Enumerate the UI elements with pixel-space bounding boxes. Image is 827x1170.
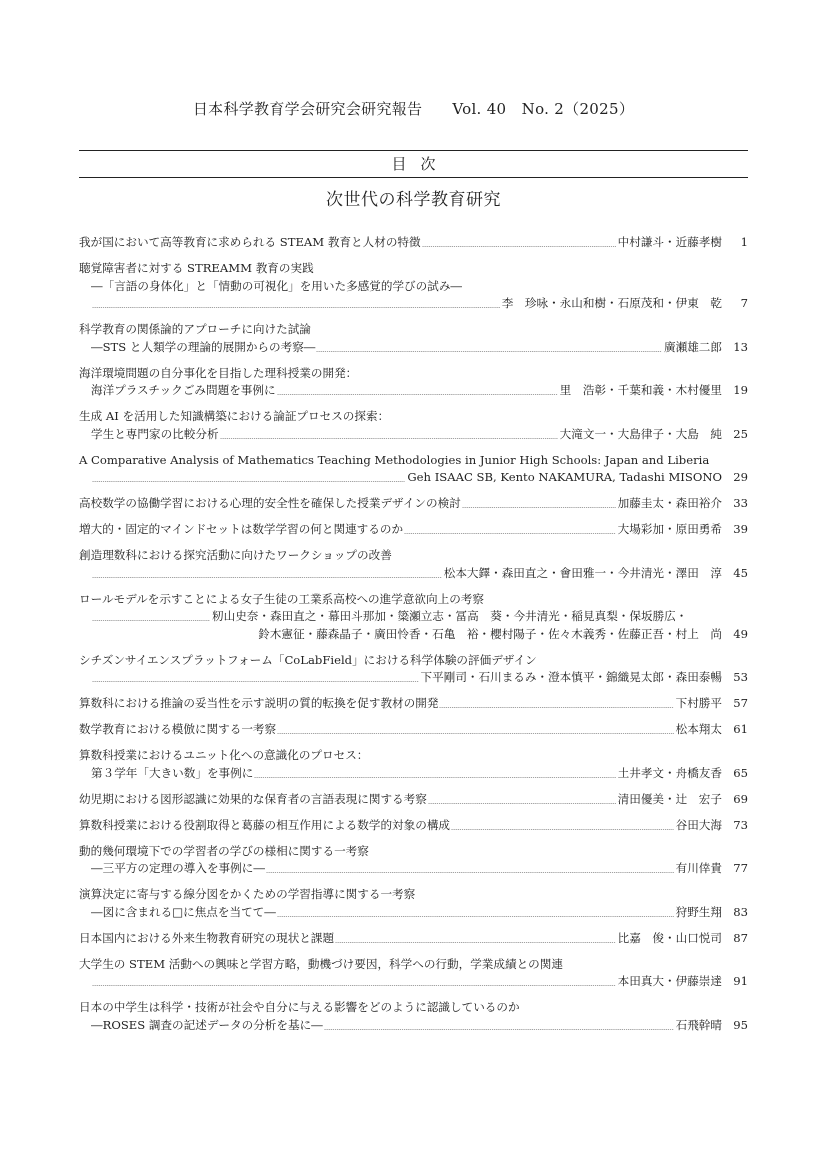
toc-line: 李 珍咏・永山和樹・石原茂和・伊東 乾7 bbox=[79, 295, 748, 313]
toc-line: 日本国内における外来生物教育研究の現状と課題比嘉 俊・山口悦司87 bbox=[79, 930, 748, 948]
toc-line: 鈴木憲征・藤森晶子・廣田怜香・石亀 裕・櫻村陽子・佐々木義秀・佐藤正吾・村上 尚… bbox=[79, 626, 748, 644]
dot-leader bbox=[277, 394, 558, 395]
toc-entry[interactable]: 日本の中学生は科学・技術が社会や自分に与える影響をどのように認識しているのか―R… bbox=[79, 999, 748, 1034]
page-number[interactable]: 95 bbox=[722, 1017, 748, 1035]
article-subtitle[interactable]: ―「言語の身体化」と「情動の可視化」を用いた多感覚的学びの試み― bbox=[91, 278, 462, 296]
dot-leader bbox=[428, 803, 616, 804]
toc-line: 日本の中学生は科学・技術が社会や自分に与える影響をどのように認識しているのか bbox=[79, 999, 748, 1017]
toc-entry[interactable]: 動的幾何環境下での学習者の学びの様相に関する一考察―三平方の定理の導入を事例に―… bbox=[79, 843, 748, 878]
page-number[interactable]: 91 bbox=[722, 973, 748, 991]
dot-leader bbox=[92, 577, 442, 578]
toc-line: 下平剛司・石川まるみ・澄本慎平・錦織晃太郎・森田泰暢53 bbox=[79, 669, 748, 687]
dot-leader bbox=[422, 246, 616, 247]
toc-line: 幼児期における図形認識に効果的な保育者の言語表現に関する考察清田優美・辻 宏子6… bbox=[79, 791, 748, 809]
article-title[interactable]: 動的幾何環境下での学習者の学びの様相に関する一考察 bbox=[79, 843, 369, 861]
article-authors: 下平剛司・石川まるみ・澄本慎平・錦織晃太郎・森田泰暢 bbox=[421, 669, 722, 687]
toc-entry[interactable]: 生成 AI を活用した知識構築における論証プロセスの探索：学生と専門家の比較分析… bbox=[79, 408, 748, 443]
article-authors: 大場彩加・原田勇希 bbox=[618, 521, 722, 539]
article-title[interactable]: 日本国内における外来生物教育研究の現状と課題 bbox=[79, 930, 334, 948]
page-number[interactable]: 77 bbox=[722, 860, 748, 878]
article-title[interactable]: 科学教育の関係論的アプローチに向けた試論 bbox=[79, 321, 311, 339]
article-title[interactable]: 我が国において高等教育に求められる STEAM 教育と人材の特徴 bbox=[79, 234, 421, 252]
dot-leader bbox=[92, 307, 500, 308]
toc-line: 増大的・固定的マインドセットは数学学習の何と関連するのか大場彩加・原田勇希39 bbox=[79, 521, 748, 539]
article-title[interactable]: 算数科における推論の妥当性を示す説明の質的転換を促す教材の開発 bbox=[79, 695, 438, 713]
toc-line: 学生と専門家の比較分析大滝文一・大島律子・大島 純25 bbox=[79, 426, 748, 444]
toc-entry[interactable]: 高校数学の協働学習における心理的安全性を確保した授業デザインの検討加藤圭太・森田… bbox=[79, 495, 748, 513]
article-title[interactable]: ロールモデルを示すことによる女子生徒の工業系高校への進学意欲向上の考察 bbox=[79, 591, 484, 609]
page-number[interactable]: 83 bbox=[722, 904, 748, 922]
article-title[interactable]: 数学教育における模倣に関する一考察 bbox=[79, 721, 276, 739]
article-subtitle[interactable]: 海洋プラスチックごみ問題を事例に bbox=[91, 382, 276, 400]
table-of-contents: 我が国において高等教育に求められる STEAM 教育と人材の特徴中村謙斗・近藤孝… bbox=[79, 234, 748, 1043]
article-title[interactable]: 生成 AI を活用した知識構築における論証プロセスの探索： bbox=[79, 408, 389, 426]
article-title[interactable]: 聴覚障害者に対する STREAMM 教育の実践 bbox=[79, 260, 314, 278]
dot-leader bbox=[220, 438, 558, 439]
page-number[interactable]: 61 bbox=[722, 721, 748, 739]
toc-entry[interactable]: 増大的・固定的マインドセットは数学学習の何と関連するのか大場彩加・原田勇希39 bbox=[79, 521, 748, 539]
article-authors: 比嘉 俊・山口悦司 bbox=[618, 930, 722, 948]
toc-entry[interactable]: 幼児期における図形認識に効果的な保育者の言語表現に関する考察清田優美・辻 宏子6… bbox=[79, 791, 748, 809]
article-title[interactable]: 幼児期における図形認識に効果的な保育者の言語表現に関する考察 bbox=[79, 791, 427, 809]
article-subtitle[interactable]: 第３学年「大きい数」を事例に bbox=[91, 765, 253, 783]
toc-line: 我が国において高等教育に求められる STEAM 教育と人材の特徴中村謙斗・近藤孝… bbox=[79, 234, 748, 252]
page-number[interactable]: 57 bbox=[722, 695, 748, 713]
dot-leader bbox=[92, 985, 616, 986]
toc-line: 大学生の STEM 活動への興味と学習方略，動機づけ要因，科学への行動，学業成績… bbox=[79, 956, 748, 974]
article-authors: 中村謙斗・近藤孝樹 bbox=[618, 234, 722, 252]
toc-line: 生成 AI を活用した知識構築における論証プロセスの探索： bbox=[79, 408, 748, 426]
page-number[interactable]: 29 bbox=[722, 469, 748, 487]
toc-entry[interactable]: 算数科授業における役割取得と葛藤の相互作用による数学的対象の構成谷田大海73 bbox=[79, 817, 748, 835]
article-authors: 本田真大・伊藤崇達 bbox=[618, 973, 722, 991]
toc-line: シチズンサイエンスプラットフォーム「CoLabField」における科学体験の評価… bbox=[79, 652, 748, 670]
article-title[interactable]: 海洋環境問題の自分事化を目指した理科授業の開発： bbox=[79, 365, 357, 383]
dot-leader bbox=[324, 1029, 674, 1030]
toc-entry[interactable]: 我が国において高等教育に求められる STEAM 教育と人材の特徴中村謙斗・近藤孝… bbox=[79, 234, 748, 252]
toc-line: 高校数学の協働学習における心理的安全性を確保した授業デザインの検討加藤圭太・森田… bbox=[79, 495, 748, 513]
article-authors: 里 浩彰・千葉和義・木村優里 bbox=[560, 382, 722, 400]
toc-line: 海洋プラスチックごみ問題を事例に里 浩彰・千葉和義・木村優里19 bbox=[79, 382, 748, 400]
toc-entry[interactable]: 算数科における推論の妥当性を示す説明の質的転換を促す教材の開発下村勝平57 bbox=[79, 695, 748, 713]
article-title[interactable]: 日本の中学生は科学・技術が社会や自分に与える影響をどのように認識しているのか bbox=[79, 999, 520, 1017]
toc-heading: 目次 bbox=[79, 153, 748, 174]
page-number[interactable]: 73 bbox=[722, 817, 748, 835]
article-authors: 有川倖貴 bbox=[676, 860, 722, 878]
article-authors: 大滝文一・大島律子・大島 純 bbox=[560, 426, 722, 444]
article-subtitle[interactable]: ―STS と人類学の理論的展開からの考察― bbox=[91, 339, 315, 357]
article-authors: 廣瀬雄二郎 bbox=[664, 339, 722, 357]
toc-line: 演算決定に寄与する線分図をかくための学習指導に関する一考察 bbox=[79, 886, 748, 904]
toc-entry[interactable]: 海洋環境問題の自分事化を目指した理科授業の開発：海洋プラスチックごみ問題を事例に… bbox=[79, 365, 748, 400]
article-authors: 松本翔太 bbox=[676, 721, 722, 739]
toc-line: A Comparative Analysis of Mathematics Te… bbox=[79, 452, 748, 470]
toc-entry[interactable]: 数学教育における模倣に関する一考察松本翔太61 bbox=[79, 721, 748, 739]
toc-line: 第３学年「大きい数」を事例に土井孝文・舟橋友香65 bbox=[79, 765, 748, 783]
journal-name: 日本科学教育学会研究会研究報告 bbox=[193, 100, 423, 118]
article-title[interactable]: 創造理数科における探究活動に向けたワークショップの改善 bbox=[79, 547, 392, 565]
article-title[interactable]: 算数科授業における役割取得と葛藤の相互作用による数学的対象の構成 bbox=[79, 817, 450, 835]
dot-leader bbox=[92, 481, 405, 482]
toc-line: 創造理数科における探究活動に向けたワークショップの改善 bbox=[79, 547, 748, 565]
article-title[interactable]: 大学生の STEM 活動への興味と学習方略，動機づけ要因，科学への行動，学業成績… bbox=[79, 956, 563, 974]
top-rule bbox=[79, 150, 748, 151]
dot-leader bbox=[254, 777, 615, 778]
article-authors: 下村勝平 bbox=[676, 695, 722, 713]
article-title[interactable]: シチズンサイエンスプラットフォーム「CoLabField」における科学体験の評価… bbox=[79, 652, 537, 670]
article-title[interactable]: 増大的・固定的マインドセットは数学学習の何と関連するのか bbox=[79, 521, 403, 539]
article-subtitle[interactable]: ―ROSES 調査の記述データの分析を基に― bbox=[91, 1017, 323, 1035]
article-title[interactable]: A Comparative Analysis of Mathematics Te… bbox=[79, 452, 709, 470]
toc-line: 数学教育における模倣に関する一考察松本翔太61 bbox=[79, 721, 748, 739]
dot-leader bbox=[451, 829, 674, 830]
article-authors: 清田優美・辻 宏子 bbox=[618, 791, 722, 809]
dot-leader bbox=[266, 872, 674, 873]
page-number[interactable]: 69 bbox=[722, 791, 748, 809]
dot-leader bbox=[92, 620, 210, 621]
dot-leader bbox=[277, 733, 674, 734]
dot-leader bbox=[277, 916, 674, 917]
toc-entry[interactable]: 大学生の STEM 活動への興味と学習方略，動機づけ要因，科学への行動，学業成績… bbox=[79, 956, 748, 991]
article-title[interactable]: 算数科授業におけるユニット化への意識化のプロセス： bbox=[79, 747, 368, 765]
dot-leader bbox=[92, 681, 419, 682]
page-number[interactable]: 1 bbox=[722, 234, 748, 252]
toc-line: 松本大鐸・森田直之・會田雅一・今井清光・澤田 淳45 bbox=[79, 565, 748, 583]
page-number[interactable]: 49 bbox=[722, 626, 748, 644]
journal-header: 日本科学教育学会研究会研究報告Vol. 40 No. 2（2025） bbox=[0, 98, 827, 119]
bottom-rule bbox=[79, 177, 748, 178]
article-authors: Geh ISAAC SB, Kento NAKAMURA, Tadashi MI… bbox=[407, 469, 722, 487]
article-title[interactable]: 高校数学の協働学習における心理的安全性を確保した授業デザインの検討 bbox=[79, 495, 461, 513]
toc-entry[interactable]: 創造理数科における探究活動に向けたワークショップの改善松本大鐸・森田直之・會田雅… bbox=[79, 547, 748, 582]
dot-leader bbox=[462, 507, 616, 508]
volume-issue: Vol. 40 No. 2（2025） bbox=[452, 100, 634, 118]
toc-line: 算数科授業におけるユニット化への意識化のプロセス： bbox=[79, 747, 748, 765]
article-authors: 石飛幹晴 bbox=[676, 1017, 722, 1035]
toc-line: ―三平方の定理の導入を事例に―有川倖貴77 bbox=[79, 860, 748, 878]
article-subtitle[interactable]: ―三平方の定理の導入を事例に― bbox=[91, 860, 265, 878]
toc-line: ―STS と人類学の理論的展開からの考察―廣瀬雄二郎13 bbox=[79, 339, 748, 357]
page-number[interactable]: 19 bbox=[722, 382, 748, 400]
page-number[interactable]: 39 bbox=[722, 521, 748, 539]
article-authors: 松本大鐸・森田直之・會田雅一・今井清光・澤田 淳 bbox=[444, 565, 722, 583]
toc-line: 算数科授業における役割取得と葛藤の相互作用による数学的対象の構成谷田大海73 bbox=[79, 817, 748, 835]
article-authors: 加藤圭太・森田裕介 bbox=[618, 495, 722, 513]
toc-line: 本田真大・伊藤崇達91 bbox=[79, 973, 748, 991]
toc-line: ロールモデルを示すことによる女子生徒の工業系高校への進学意欲向上の考察 bbox=[79, 591, 748, 609]
article-authors: 土井孝文・舟橋友香 bbox=[618, 765, 722, 783]
page-number[interactable]: 65 bbox=[722, 765, 748, 783]
toc-entry[interactable]: 算数科授業におけるユニット化への意識化のプロセス：第３学年「大きい数」を事例に土… bbox=[79, 747, 748, 782]
dot-leader bbox=[439, 707, 673, 708]
dot-leader bbox=[316, 351, 662, 352]
article-title[interactable]: 演算決定に寄与する線分図をかくための学習指導に関する一考察 bbox=[79, 886, 415, 904]
toc-line: 科学教育の関係論的アプローチに向けた試論 bbox=[79, 321, 748, 339]
toc-line: 海洋環境問題の自分事化を目指した理科授業の開発： bbox=[79, 365, 748, 383]
article-authors: 李 珍咏・永山和樹・石原茂和・伊東 乾 bbox=[502, 295, 722, 313]
article-authors: 籾山史奈・森田直之・幕田斗那加・簗瀬立志・冨高 葵・今井清光・稲見真梨・保坂勝広… bbox=[212, 608, 687, 626]
toc-entry[interactable]: A Comparative Analysis of Mathematics Te… bbox=[79, 452, 748, 487]
page-number[interactable]: 13 bbox=[722, 339, 748, 357]
toc-line: 算数科における推論の妥当性を示す説明の質的転換を促す教材の開発下村勝平57 bbox=[79, 695, 748, 713]
page-number[interactable]: 33 bbox=[722, 495, 748, 513]
page-number[interactable]: 87 bbox=[722, 930, 748, 948]
page-number[interactable]: 53 bbox=[722, 669, 748, 687]
page-number[interactable]: 7 bbox=[722, 295, 748, 313]
special-issue-title: 次世代の科学教育研究 bbox=[0, 185, 827, 210]
article-authors: 谷田大海 bbox=[676, 817, 722, 835]
toc-line: ―「言語の身体化」と「情動の可視化」を用いた多感覚的学びの試み― bbox=[79, 278, 748, 296]
toc-entry[interactable]: 演算決定に寄与する線分図をかくための学習指導に関する一考察―図に含まれる□に焦点… bbox=[79, 886, 748, 921]
toc-line: ―図に含まれる□に焦点を当てて―狩野生翔83 bbox=[79, 904, 748, 922]
toc-line: ―ROSES 調査の記述データの分析を基に―石飛幹晴95 bbox=[79, 1017, 748, 1035]
toc-entry[interactable]: 科学教育の関係論的アプローチに向けた試論―STS と人類学の理論的展開からの考察… bbox=[79, 321, 748, 356]
toc-line: 動的幾何環境下での学習者の学びの様相に関する一考察 bbox=[79, 843, 748, 861]
dot-leader bbox=[335, 942, 616, 943]
article-subtitle[interactable]: ―図に含まれる□に焦点を当てて― bbox=[91, 904, 276, 922]
toc-entry[interactable]: ロールモデルを示すことによる女子生徒の工業系高校への進学意欲向上の考察籾山史奈・… bbox=[79, 591, 748, 644]
toc-entry[interactable]: 日本国内における外来生物教育研究の現状と課題比嘉 俊・山口悦司87 bbox=[79, 930, 748, 948]
article-subtitle[interactable]: 学生と専門家の比較分析 bbox=[91, 426, 219, 444]
toc-entry[interactable]: 聴覚障害者に対する STREAMM 教育の実践―「言語の身体化」と「情動の可視化… bbox=[79, 260, 748, 313]
page-number[interactable]: 25 bbox=[722, 426, 748, 444]
toc-entry[interactable]: シチズンサイエンスプラットフォーム「CoLabField」における科学体験の評価… bbox=[79, 652, 748, 687]
dot-leader bbox=[404, 533, 616, 534]
toc-line: 聴覚障害者に対する STREAMM 教育の実践 bbox=[79, 260, 748, 278]
article-authors: 狩野生翔 bbox=[676, 904, 722, 922]
page-number[interactable]: 45 bbox=[722, 565, 748, 583]
article-authors-continued: 鈴木憲征・藤森晶子・廣田怜香・石亀 裕・櫻村陽子・佐々木義秀・佐藤正吾・村上 尚 bbox=[258, 626, 722, 644]
toc-line: 籾山史奈・森田直之・幕田斗那加・簗瀬立志・冨高 葵・今井清光・稲見真梨・保坂勝広… bbox=[79, 608, 748, 626]
toc-line: Geh ISAAC SB, Kento NAKAMURA, Tadashi MI… bbox=[79, 469, 748, 487]
